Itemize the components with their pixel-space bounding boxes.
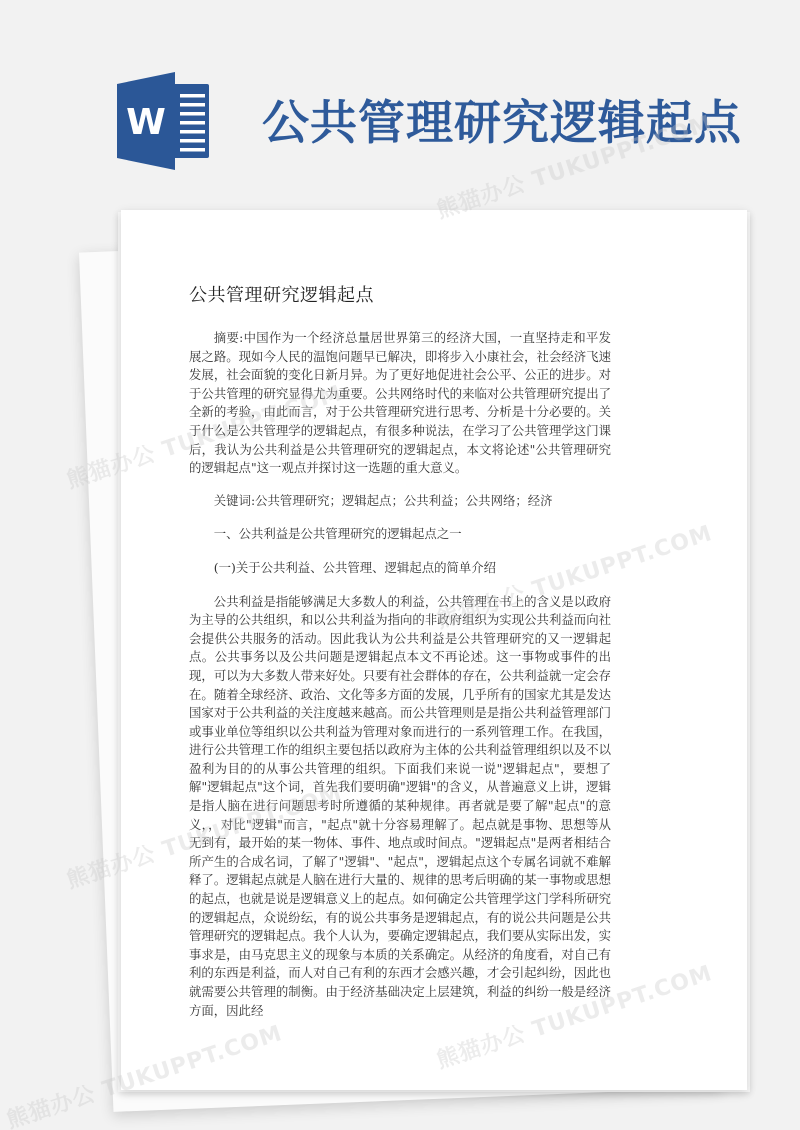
word-icon: W xyxy=(117,72,215,170)
section-heading: 一、公共利益是公共管理研究的逻辑起点之一 xyxy=(189,525,611,544)
keywords-line: 关键词:公共管理研究；逻辑起点；公共利益；公共网络；经济 xyxy=(189,492,611,511)
document-title: 公共管理研究逻辑起点 xyxy=(189,281,374,307)
body-paragraph: 公共利益是指能够满足大多数人的利益，公共管理在书上的含义是以政府为主导的公共组织… xyxy=(189,593,611,1021)
banner-title: 公共管理研究逻辑起点 xyxy=(262,86,742,153)
svg-text:W: W xyxy=(126,102,166,143)
document-preview: W 公共管理研究逻辑起点 公共管理研究逻辑起点 摘要:中国作为一个经济总量居世界… xyxy=(0,0,800,1130)
document-page: 公共管理研究逻辑起点 摘要:中国作为一个经济总量居世界第三的经济大国，一直坚持走… xyxy=(121,210,747,1090)
document-body: 摘要:中国作为一个经济总量居世界第三的经济大国，一直坚持走和平发展之路。现如今人… xyxy=(189,329,611,1020)
abstract-paragraph: 摘要:中国作为一个经济总量居世界第三的经济大国，一直坚持走和平发展之路。现如今人… xyxy=(189,329,611,478)
subsection-heading: (一)关于公共利益、公共管理、逻辑起点的简单介绍 xyxy=(189,559,611,578)
